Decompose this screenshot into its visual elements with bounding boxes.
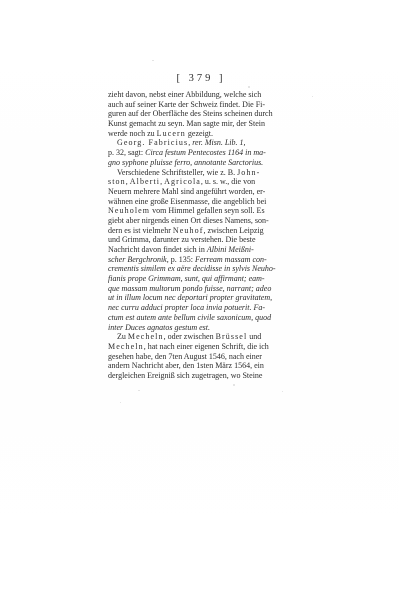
text-segment: andern Nachricht aber, den 1sten März 15… — [108, 361, 264, 370]
text-segment: wähnen eine große Eisenmasse, die angebl… — [108, 197, 266, 206]
text-line: Neuholem vom Himmel gefallen seyn soll. … — [108, 206, 294, 216]
scan-speck — [282, 391, 283, 392]
text-segment: gezeigt. — [186, 129, 213, 138]
text-line: que massam multorum pondo fuisse, narran… — [108, 284, 294, 294]
text-segment: Mecheln — [128, 332, 164, 341]
text-segment: ston — [108, 177, 126, 186]
text-segment: John- — [237, 168, 260, 177]
text-segment: que massam multorum pondo fuisse, narran… — [108, 284, 271, 293]
text-line: gno syphone pluisse ferro, annotante Sar… — [108, 158, 294, 168]
text-segment: Verschiedene Schriftsteller, wie z. B. — [117, 168, 237, 177]
scan-speck — [120, 402, 121, 403]
text-segment: Albini Meißni- — [207, 245, 254, 254]
text-line: dergleichen Ereigniß sich zugetragen, wo… — [108, 371, 294, 381]
text-segment: giebt aber nirgends einen Ort dieses Nam… — [108, 216, 269, 225]
text-line: ut in illum locum nec deportari propter … — [108, 293, 294, 303]
text-line: Georg. Fabricius, rer. Misn. Lib. 1, — [108, 138, 294, 148]
text-line: Neuern mehrere Mahl sind angeführt worde… — [108, 187, 294, 197]
page-number: [ 379 ] — [108, 73, 294, 84]
text-line: p. 32, sagt: Circa festum Pentecostes 11… — [108, 148, 294, 158]
scanned-book-page: [ 379 ] zieht davon, nebst einer Abbildu… — [0, 0, 399, 598]
text-segment: , hat nach einer eigenen Schrift, die ic… — [144, 342, 269, 351]
text-segment: rer. Misn. Lib. 1, — [192, 138, 245, 147]
text-segment: scher Bergchronik — [108, 255, 167, 264]
text-segment: und Grimma, darunter zu verstehen. Die b… — [108, 235, 256, 244]
text-segment: p. 32, sagt: — [108, 148, 145, 157]
text-line: zieht davon, nebst einer Abbildung, welc… — [108, 90, 294, 100]
text-segment: Zu — [117, 332, 128, 341]
text-segment: , u. s. w., die von — [201, 177, 255, 186]
text-segment: , oder zwischen — [164, 332, 216, 341]
text-line: ston, Alberti, Agricola, u. s. w., die v… — [108, 177, 294, 187]
text-line: und Grimma, darunter zu verstehen. Die b… — [108, 235, 294, 245]
text-segment: Neuern mehrere Mahl sind angeführt worde… — [108, 187, 265, 196]
text-line: inter Duces agnatos gestum est. — [108, 323, 294, 333]
text-line: Kunst gemacht zu seyn. Man sagte mir, de… — [108, 119, 294, 129]
text-segment: werde noch zu — [108, 129, 157, 138]
text-segment: fianis prope Grimmam, sunt, qui affirman… — [108, 274, 265, 283]
text-segment: gesehen habe, den 7ten August 1546, nach… — [108, 352, 262, 361]
text-line: fianis prope Grimmam, sunt, qui affirman… — [108, 274, 294, 284]
text-segment: Georg. Fabricius — [117, 138, 188, 147]
text-segment: Brüssel — [216, 332, 248, 341]
text-segment: vom Himmel gefallen seyn soll. Es — [150, 206, 264, 215]
text-segment: und — [247, 332, 261, 341]
text-line: auch auf seiner Karte der Schweiz findet… — [108, 100, 294, 110]
scan-speck — [152, 60, 154, 61]
text-segment: nec curru adduci propter loca invia potu… — [108, 303, 265, 312]
text-segment: ctum est autem ante bellum civile saxoni… — [108, 313, 271, 322]
text-segment: dern es ist vielmehr — [108, 226, 173, 235]
text-segment: crementis similem ex aëre decidisse in s… — [108, 264, 276, 273]
text-segment: Kunst gemacht zu seyn. Man sagte mir, de… — [108, 119, 265, 128]
text-segment: Nachricht davon findet sich in — [108, 245, 207, 254]
text-line: crementis similem ex aëre decidisse in s… — [108, 264, 294, 274]
text-segment: Circa festum Pentecostes 1164 in ma- — [145, 148, 266, 157]
text-segment: inter Duces agnatos gestum est. — [108, 323, 210, 332]
text-segment: Neuholem — [108, 206, 150, 215]
scan-speck — [248, 86, 250, 88]
text-segment: Lucern — [157, 129, 186, 138]
text-segment: Ferream massam con- — [195, 255, 267, 264]
text-line: Verschiedene Schriftsteller, wie z. B. J… — [108, 168, 294, 178]
text-segment: dergleichen Ereigniß sich zugetragen, wo… — [108, 371, 262, 380]
text-segment: auch auf seiner Karte der Schweiz findet… — [108, 100, 265, 109]
text-line: guren auf der Oberfläche des Steins sche… — [108, 109, 294, 119]
text-line: Zu Mecheln, oder zwischen Brüssel und — [108, 332, 294, 342]
text-segment: zieht davon, nebst einer Abbildung, welc… — [108, 90, 261, 99]
text-segment: Mecheln — [108, 342, 144, 351]
text-segment: Neuhof — [173, 226, 204, 235]
text-line: Nachricht davon findet sich in Albini Me… — [108, 245, 294, 255]
text-line: giebt aber nirgends einen Ort dieses Nam… — [108, 216, 294, 226]
text-line: dern es ist vielmehr Neuhof, zwischen Le… — [108, 226, 294, 236]
scan-speck — [138, 390, 140, 391]
text-line: werde noch zu Lucern gezeigt. — [108, 129, 294, 139]
scan-speck — [233, 384, 235, 386]
text-segment: gno syphone pluisse ferro, annotante Sar… — [108, 158, 263, 167]
text-segment: Alberti — [130, 177, 160, 186]
text-line: scher Bergchronik, p. 135: Ferream massa… — [108, 255, 294, 265]
text-segment: ut in illum locum nec deportari propter … — [108, 293, 272, 302]
text-segment: guren auf der Oberfläche des Steins sche… — [108, 109, 273, 118]
text-line: gesehen habe, den 7ten August 1546, nach… — [108, 352, 294, 362]
text-line: wähnen eine große Eisenmasse, die angebl… — [108, 197, 294, 207]
scan-speck — [312, 96, 313, 97]
text-segment: , zwischen Leipzig — [203, 226, 263, 235]
text-line: ctum est autem ante bellum civile saxoni… — [108, 313, 294, 323]
text-line: andern Nachricht aber, den 1sten März 15… — [108, 361, 294, 371]
text-segment: Agricola — [164, 177, 201, 186]
text-segment: , p. 135: — [167, 255, 195, 264]
page-text: zieht davon, nebst einer Abbildung, welc… — [108, 90, 294, 381]
text-line: nec curru adduci propter loca invia potu… — [108, 303, 294, 313]
text-line: Mecheln, hat nach einer eigenen Schrift,… — [108, 342, 294, 352]
